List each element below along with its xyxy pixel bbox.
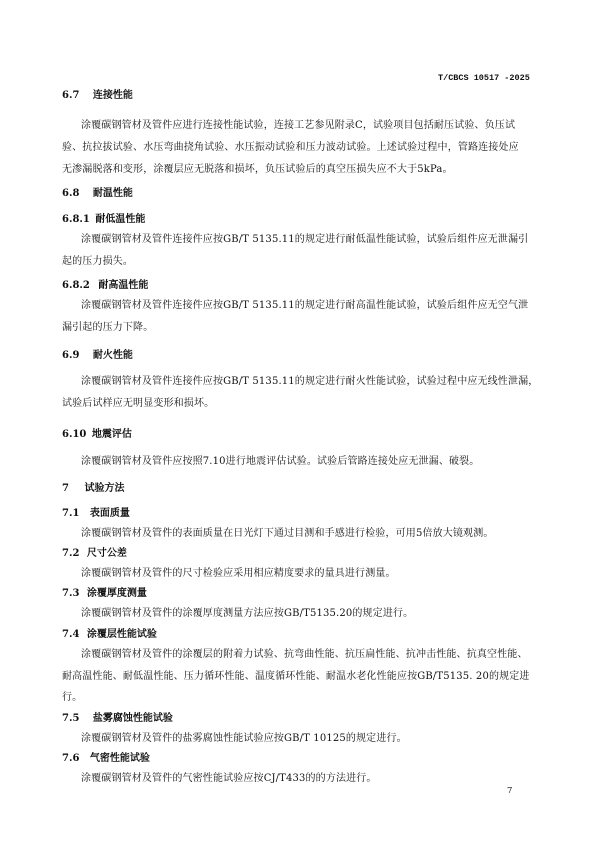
section-title: 地震评估 bbox=[92, 429, 132, 440]
section-title: 耐低温性能 bbox=[95, 214, 145, 225]
section-heading-7-6: 7.6 气密性能试验 bbox=[62, 749, 150, 764]
section-heading-6-7: 6.7 连接性能 bbox=[62, 86, 133, 101]
section-heading-7-1: 7.1 表面质量 bbox=[62, 504, 130, 519]
section-heading-6-8-2: 6.8.2 耐高温性能 bbox=[62, 276, 148, 291]
paragraph-line: 起的压力损失。 bbox=[62, 252, 133, 267]
section-heading-7: 7 试验方法 bbox=[62, 479, 124, 494]
section-heading-6-8-1: 6.8.1 耐低温性能 bbox=[62, 210, 145, 225]
paragraph-line: 涂覆碳钢管材及管件应进行连接性能试验，连接工艺参见附录C，试验项目包括耐压试验、… bbox=[81, 116, 515, 131]
section-number: 6.8.1 bbox=[62, 214, 90, 225]
section-number: 7.3 bbox=[62, 588, 79, 599]
paragraph-line: 验、抗拉拔试验、水压弯曲挠角试验、水压振动试验和压力波动试验。上述试验过程中，管… bbox=[62, 138, 519, 153]
paragraph-line: 涂覆碳钢管材及管件的涂覆层的附着力试验、抗弯曲性能、抗压扁性能、抗冲击性能、抗真… bbox=[81, 645, 528, 660]
section-number: 7.6 bbox=[62, 753, 79, 764]
section-number: 6.9 bbox=[62, 350, 79, 361]
document-code: T/CBCS 10517 -2025 bbox=[438, 73, 530, 83]
section-heading-7-5: 7.5 盐雾腐蚀性能试验 bbox=[62, 709, 173, 724]
paragraph-line: 漏引起的压力下降。 bbox=[62, 318, 153, 333]
section-title: 尺寸公差 bbox=[87, 548, 127, 559]
section-heading-6-8: 6.8 耐温性能 bbox=[62, 184, 133, 199]
document-page: T/CBCS 10517 -2025 6.7 连接性能 涂覆碳钢管材及管件应进行… bbox=[0, 0, 596, 842]
paragraph-line: 涂覆碳钢管材及管件的涂覆厚度测量方法应按GB/T5135.20的规定进行。 bbox=[81, 604, 413, 619]
section-title: 试验方法 bbox=[84, 483, 124, 494]
section-heading-6-10: 6.10 地震评估 bbox=[62, 425, 132, 440]
paragraph-line: 涂覆碳钢管材及管件的表面质量在日光灯下通过目测和手感进行检验，可用5倍放大镜观测… bbox=[81, 524, 494, 539]
section-number: 6.10 bbox=[62, 429, 86, 440]
section-title: 耐火性能 bbox=[93, 350, 133, 361]
section-heading-7-4: 7.4 涂覆层性能试验 bbox=[62, 625, 157, 640]
paragraph-line: 涂覆碳钢管材及管件应按照7.10进行地震评估试验。试验后管路连接处应无泄漏、破裂… bbox=[81, 452, 479, 467]
paragraph-line: 涂覆碳钢管材及管件连接件应按GB/T 5135.11的规定进行耐高温性能试验，试… bbox=[81, 296, 528, 311]
section-number: 6.8.2 bbox=[62, 280, 90, 291]
paragraph-line: 耐高温性能、耐低温性能、压力循环性能、温度循环性能、耐温水老化性能应按GB/T5… bbox=[62, 667, 530, 682]
section-title: 气密性能试验 bbox=[90, 753, 150, 764]
section-number: 7 bbox=[62, 483, 69, 494]
paragraph-line: 涂覆碳钢管材及管件的尺寸检验应采用相应精度要求的量具进行测量。 bbox=[81, 564, 396, 579]
section-title: 涂覆层性能试验 bbox=[87, 629, 157, 640]
section-heading-7-3: 7.3 涂覆厚度测量 bbox=[62, 584, 147, 599]
paragraph-line: 试验后试样应无明显变形和损坏。 bbox=[62, 394, 214, 409]
section-number: 6.8 bbox=[62, 188, 79, 199]
section-number: 7.2 bbox=[62, 548, 79, 559]
section-title: 耐温性能 bbox=[93, 188, 133, 199]
section-number: 7.4 bbox=[62, 629, 79, 640]
section-title: 盐雾腐蚀性能试验 bbox=[93, 713, 173, 724]
paragraph-line: 涂覆碳钢管材及管件连接件应按GB/T 5135.11的规定进行耐火性能试验，试验… bbox=[81, 372, 538, 387]
paragraph-line: 涂覆碳钢管材及管件连接件应按GB/T 5135.11的规定进行耐低温性能试验，试… bbox=[81, 230, 528, 245]
section-heading-7-2: 7.2 尺寸公差 bbox=[62, 544, 127, 559]
section-title: 涂覆厚度测量 bbox=[87, 588, 147, 599]
paragraph-line: 涂覆碳钢管材及管件的盐雾腐蚀性能试验应按GB/T 10125的规定进行。 bbox=[81, 729, 407, 744]
section-title: 表面质量 bbox=[90, 508, 130, 519]
paragraph-line: 无渗漏脱落和变形，涂覆层应无脱落和损坏，负压试验后的真空压损失应不大于5kPa。 bbox=[62, 160, 453, 175]
section-number: 6.7 bbox=[62, 90, 79, 101]
paragraph-line: 涂覆碳钢管材及管件的气密性能试验应按CJ/T433的的方法进行。 bbox=[81, 769, 377, 784]
section-title: 连接性能 bbox=[93, 90, 133, 101]
paragraph-line: 行。 bbox=[62, 688, 82, 703]
section-heading-6-9: 6.9 耐火性能 bbox=[62, 346, 133, 361]
page-number: 7 bbox=[507, 786, 512, 796]
section-number: 7.1 bbox=[62, 508, 79, 519]
section-number: 7.5 bbox=[62, 713, 79, 724]
section-title: 耐高温性能 bbox=[98, 280, 148, 291]
